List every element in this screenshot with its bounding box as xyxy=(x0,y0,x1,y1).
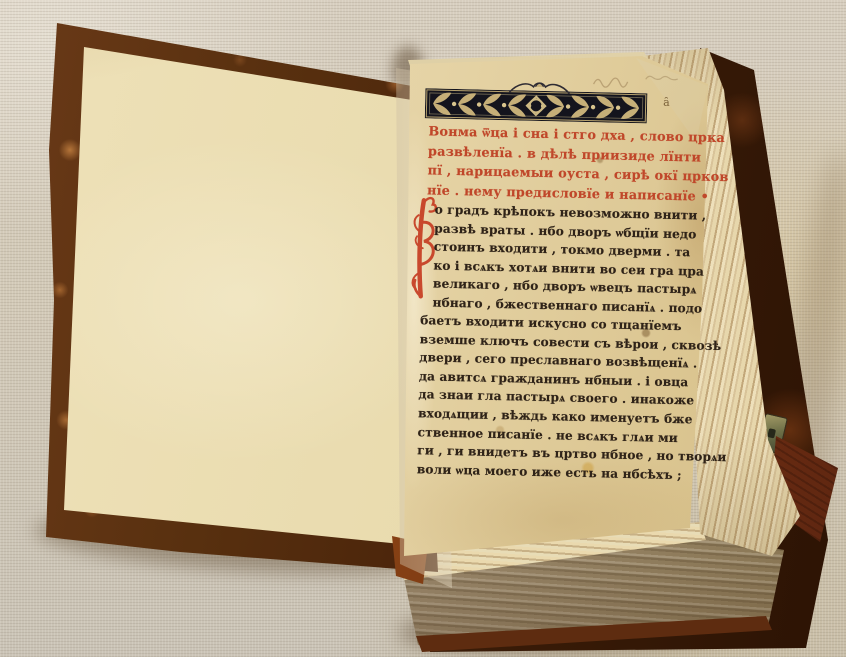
headpiece-cresting xyxy=(507,77,571,94)
faint-ink-scribble xyxy=(589,70,685,92)
body-text: о градъ крѣпокъ невозможно внити , развѣ… xyxy=(417,200,733,485)
folio-number: а̑ xyxy=(663,96,670,109)
red-rubric-heading: Вонма ѿца і сна і стго дха , слово црка … xyxy=(427,122,730,207)
photo-scene: а̑ Вонма ѿца і xyxy=(0,0,846,657)
page-content: а̑ Вонма ѿца і xyxy=(401,64,712,576)
